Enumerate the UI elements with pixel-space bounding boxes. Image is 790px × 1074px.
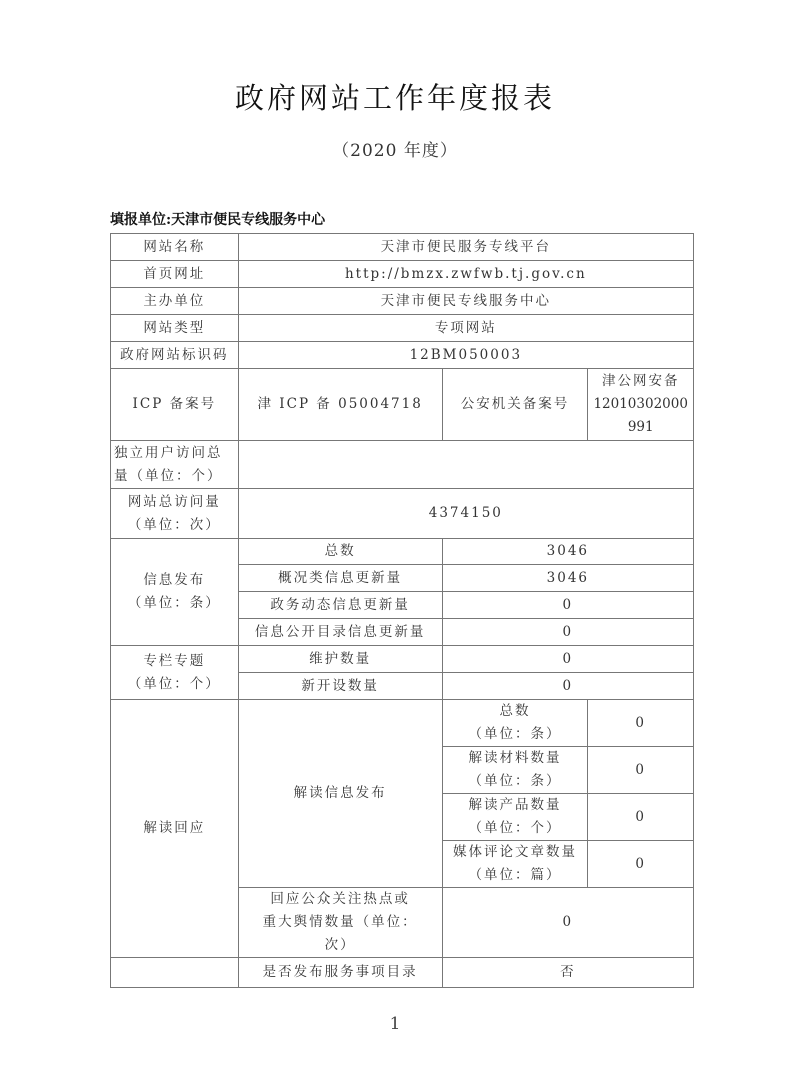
info-publish-label-line1: 信息发布 — [114, 569, 235, 592]
interp-materials-value: 0 — [588, 747, 694, 794]
police-record-line1: 津公网安备 — [591, 370, 690, 393]
table-row: 专栏专题 （单位：个） 维护数量 0 — [111, 646, 694, 673]
maintained-count-value: 0 — [442, 646, 693, 673]
report-year: （2020 年度） — [0, 136, 790, 161]
interp-products-label-line1: 解读产品数量 — [446, 794, 585, 817]
interp-materials-label: 解读材料数量 （单位：条） — [442, 747, 588, 794]
total-visits-value: 4374150 — [238, 489, 693, 539]
interp-materials-label-line2: （单位：条） — [446, 770, 585, 793]
media-articles-label: 媒体评论文章数量 （单位：篇） — [442, 841, 588, 888]
service-catalog-label: 是否发布服务事项目录 — [238, 958, 442, 988]
police-record-line2: 12010302000 — [591, 393, 690, 416]
info-total-label: 总数 — [238, 539, 442, 565]
interpretation-label: 解读回应 — [111, 700, 239, 958]
public-response-label-line2: 重大舆情数量（单位： — [242, 911, 439, 934]
overview-updates-label: 概况类信息更新量 — [238, 565, 442, 592]
public-response-value: 0 — [442, 888, 693, 958]
media-articles-value: 0 — [588, 841, 694, 888]
interp-materials-label-line1: 解读材料数量 — [446, 747, 585, 770]
table-row: 独立用户访问总 量（单位：个） — [111, 441, 694, 489]
gov-news-updates-label: 政务动态信息更新量 — [238, 592, 442, 619]
table-row: 解读回应 解读信息发布 总数 （单位：条） 0 — [111, 700, 694, 747]
unique-visitors-value — [238, 441, 693, 489]
unique-visitors-label-line2: 量（单位：个） — [114, 465, 235, 488]
police-record-value: 津公网安备 12010302000 991 — [588, 369, 694, 441]
media-articles-label-line1: 媒体评论文章数量 — [446, 841, 585, 864]
homepage-url-label: 首页网址 — [111, 261, 239, 288]
public-response-label: 回应公众关注热点或 重大舆情数量（单位： 次） — [238, 888, 442, 958]
interp-products-label-line2: （单位：个） — [446, 817, 585, 840]
interp-products-value: 0 — [588, 794, 694, 841]
site-id-code-label: 政府网站标识码 — [111, 342, 239, 369]
table-row: 政府网站标识码 12BM050003 — [111, 342, 694, 369]
table-row: 网站总访问量 （单位：次） 4374150 — [111, 489, 694, 539]
info-publish-label: 信息发布 （单位：条） — [111, 539, 239, 646]
unique-visitors-label: 独立用户访问总 量（单位：个） — [111, 441, 239, 489]
interp-products-label: 解读产品数量 （单位：个） — [442, 794, 588, 841]
info-publish-label-line2: （单位：条） — [114, 592, 235, 615]
maintained-count-label: 维护数量 — [238, 646, 442, 673]
table-row: 首页网址 http://bmzx.zwfwb.tj.gov.cn — [111, 261, 694, 288]
interpretation-publish-label: 解读信息发布 — [238, 700, 442, 888]
table-row: 信息发布 （单位：条） 总数 3046 — [111, 539, 694, 565]
police-record-line3: 991 — [591, 416, 690, 439]
report-table: 网站名称 天津市便民服务专线平台 首页网址 http://bmzx.zwfwb.… — [110, 233, 694, 988]
icp-label: ICP 备案号 — [111, 369, 239, 441]
table-row: 主办单位 天津市便民专线服务中心 — [111, 288, 694, 315]
total-visits-label: 网站总访问量 （单位：次） — [111, 489, 239, 539]
icp-value: 津 ICP 备 05004718 — [238, 369, 442, 441]
unique-visitors-label-line1: 独立用户访问总 — [114, 442, 235, 465]
disclosure-updates-label: 信息公开目录信息更新量 — [238, 619, 442, 646]
special-columns-label-line2: （单位：个） — [114, 673, 235, 696]
special-columns-label: 专栏专题 （单位：个） — [111, 646, 239, 700]
special-columns-label-line1: 专栏专题 — [114, 650, 235, 673]
host-unit-value: 天津市便民专线服务中心 — [238, 288, 693, 315]
total-visits-label-line2: （单位：次） — [114, 514, 235, 537]
site-name-value: 天津市便民服务专线平台 — [238, 234, 693, 261]
site-id-code-value: 12BM050003 — [238, 342, 693, 369]
new-count-value: 0 — [442, 673, 693, 700]
table-row: 网站类型 专项网站 — [111, 315, 694, 342]
service-catalog-value: 否 — [442, 958, 693, 988]
document-title: 政府网站工作年度报表 — [0, 76, 790, 117]
page-number: 1 — [0, 1014, 790, 1034]
gov-news-updates-value: 0 — [442, 592, 693, 619]
table-row: 网站名称 天津市便民服务专线平台 — [111, 234, 694, 261]
interp-total-label: 总数 （单位：条） — [442, 700, 588, 747]
overview-updates-value: 3046 — [442, 565, 693, 592]
new-count-label: 新开设数量 — [238, 673, 442, 700]
table-row: 是否发布服务事项目录 否 — [111, 958, 694, 988]
table-row: ICP 备案号 津 ICP 备 05004718 公安机关备案号 津公网安备 1… — [111, 369, 694, 441]
public-response-label-line1: 回应公众关注热点或 — [242, 888, 439, 911]
homepage-url-value: http://bmzx.zwfwb.tj.gov.cn — [238, 261, 693, 288]
site-name-label: 网站名称 — [111, 234, 239, 261]
reporting-unit: 填报单位:天津市便民专线服务中心 — [110, 209, 325, 229]
media-articles-label-line2: （单位：篇） — [446, 864, 585, 887]
total-visits-label-line1: 网站总访问量 — [114, 491, 235, 514]
public-response-label-line3: 次） — [242, 934, 439, 957]
service-catalog-category — [111, 958, 239, 988]
interp-total-value: 0 — [588, 700, 694, 747]
police-record-label: 公安机关备案号 — [442, 369, 588, 441]
disclosure-updates-value: 0 — [442, 619, 693, 646]
host-unit-label: 主办单位 — [111, 288, 239, 315]
info-total-value: 3046 — [442, 539, 693, 565]
interp-total-label-line1: 总数 — [446, 700, 585, 723]
interp-total-label-line2: （单位：条） — [446, 723, 585, 746]
site-type-value: 专项网站 — [238, 315, 693, 342]
site-type-label: 网站类型 — [111, 315, 239, 342]
